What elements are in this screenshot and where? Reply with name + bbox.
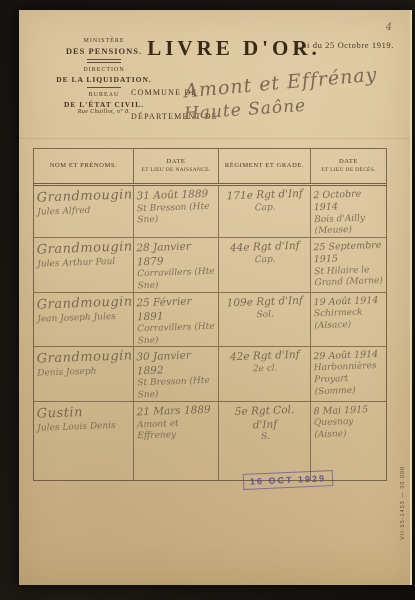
photo-backdrop: { "page": { "corner_number": "4" }, "let… xyxy=(0,0,415,600)
header-sublabel: ET LIEU DE DÉCÈS. xyxy=(321,167,376,174)
header-date-naissance: DATE ET LIEU DE NAISSANCE. xyxy=(134,149,219,183)
birth-place: St Bresson (Hte Sne) xyxy=(137,376,217,401)
header-label: RÉGIMENT ET GRADE. xyxy=(225,162,304,171)
grade: 2e cl. xyxy=(222,363,308,378)
header-nom-prenoms: NOM ET PRÉNOMS. xyxy=(34,149,134,183)
name-cell: Grandmougin Jean Joseph Jules xyxy=(34,293,134,347)
birth-cell: 31 Août 1889 St Bresson (Hte Sne) xyxy=(134,186,219,237)
table-row: Gustin Jules Louis Denis 21 Mars 1889 Am… xyxy=(34,402,386,480)
birth-place: Corravillers (Hte Sne) xyxy=(137,322,217,347)
header-label: DATE xyxy=(339,158,358,167)
unit-cell: 42e Rgt d'Inf 2e cl. xyxy=(219,347,311,401)
death-place: Quesnoy (Aisne) xyxy=(314,416,385,442)
header-regiment-grade: RÉGIMENT ET GRADE. xyxy=(219,149,311,183)
date-stamp: 16 OCT 1929 xyxy=(243,470,334,490)
paper-crease xyxy=(19,138,410,140)
death-cell: 29 Août 1914 Harbonnières Proyart (Somme… xyxy=(311,347,386,401)
birth-cell: 30 Janvier 1892 St Bresson (Hte Sne) xyxy=(134,347,219,401)
unit-cell: 109e Rgt d'Inf Sol. xyxy=(219,293,311,347)
table-row: Grandmougin Denis Joseph 30 Janvier 1892… xyxy=(34,347,386,402)
unit-cell: 5e Rgt Col. d'Inf S. xyxy=(219,402,311,480)
scanned-form-page: 4 MINISTÈRE DES PENSIONS. DIRECTION DE L… xyxy=(19,10,412,585)
death-place: Bois d'Ailly (Meuse) xyxy=(314,212,385,237)
header-date-deces: DATE ET LIEU DE DÉCÈS. xyxy=(311,149,386,183)
soldier-firstnames: Jean Joseph Jules xyxy=(37,311,131,326)
death-cell: 2 Octobre 1914 Bois d'Ailly (Meuse) xyxy=(311,186,386,237)
letterhead-divider xyxy=(87,87,121,88)
death-cell: 19 Août 1914 Schirmeck (Alsace) xyxy=(311,293,386,347)
death-cell: 8 Mai 1915 Quesnoy (Aisne) xyxy=(311,402,386,480)
name-cell: Grandmougin Jules Arthur Paul xyxy=(34,238,134,292)
law-note: Loi du 25 Octobre 1919. xyxy=(296,40,394,50)
birth-date: 25 Février 1891 xyxy=(136,294,216,324)
soldier-firstnames: Jules Alfred xyxy=(37,204,131,219)
letterhead-divider xyxy=(87,59,121,63)
grade: S. xyxy=(222,431,308,446)
death-place: St Hilaire le Grand (Marne) xyxy=(314,265,385,291)
letterhead-direction: DIRECTION xyxy=(41,67,167,75)
header-label: DATE xyxy=(166,158,185,167)
table-row: Grandmougin Jules Alfred 31 Août 1889 St… xyxy=(34,186,386,238)
header-sublabel: ET LIEU DE NAISSANCE. xyxy=(141,167,210,174)
record-table: NOM ET PRÉNOMS. DATE ET LIEU DE NAISSANC… xyxy=(33,148,387,481)
soldier-firstnames: Denis Joseph xyxy=(37,366,131,381)
grade: Cap. xyxy=(222,253,308,268)
unit-cell: 171e Rgt d'Inf Cap. xyxy=(219,186,311,237)
birth-place: Amont et Effreney xyxy=(137,417,217,443)
name-cell: Gustin Jules Louis Denis xyxy=(34,402,134,480)
unit-cell: 44e Rgt d'Inf Cap. xyxy=(219,238,311,292)
birth-cell: 25 Février 1891 Corravillers (Hte Sne) xyxy=(134,293,219,347)
death-date: 25 Septembre 1915 xyxy=(313,240,384,267)
soldier-firstnames: Jules Louis Denis xyxy=(37,420,131,435)
birth-cell: 21 Mars 1889 Amont et Effreney xyxy=(134,402,219,480)
birth-date: 30 Janvier 1892 xyxy=(136,349,216,379)
table-row: Grandmougin Jean Joseph Jules 25 Février… xyxy=(34,293,386,348)
regiment: 5e Rgt Col. d'Inf xyxy=(221,404,308,434)
soldier-firstnames: Jules Arthur Paul xyxy=(37,256,131,271)
birth-cell: 28 Janvier 1879 Corravillers (Hte Sne) xyxy=(134,238,219,292)
death-cell: 25 Septembre 1915 St Hilaire le Grand (M… xyxy=(311,238,386,292)
grade: Cap. xyxy=(222,201,308,216)
page-corner-number: 4 xyxy=(386,22,392,33)
name-cell: Grandmougin Jules Alfred xyxy=(34,186,134,237)
birth-place: St Bresson (Hte Sne) xyxy=(137,201,217,227)
letterhead-etat-civil: DE L'ÉTAT CIVIL. xyxy=(41,100,167,109)
grade: Sol. xyxy=(222,308,308,323)
table-header-row: NOM ET PRÉNOMS. DATE ET LIEU DE NAISSANC… xyxy=(34,149,386,186)
death-date: 2 Octobre 1914 xyxy=(313,188,384,215)
table-row: Grandmougin Jules Arthur Paul 28 Janvier… xyxy=(34,238,386,293)
header-label: NOM ET PRÉNOMS. xyxy=(50,162,118,171)
death-place: Schirmeck (Alsace) xyxy=(314,307,385,333)
death-place: Harbonnières Proyart (Somme) xyxy=(314,362,385,399)
letterhead-liquidation: DE LA LIQUIDATION. xyxy=(41,75,167,84)
name-cell: Grandmougin Denis Joseph xyxy=(34,347,134,401)
birth-place: Corravillers (Hte Sne) xyxy=(137,267,217,292)
birth-date: 28 Janvier 1879 xyxy=(136,240,216,270)
printer-mark: VII-55-1453 — 30.000 xyxy=(400,430,406,540)
